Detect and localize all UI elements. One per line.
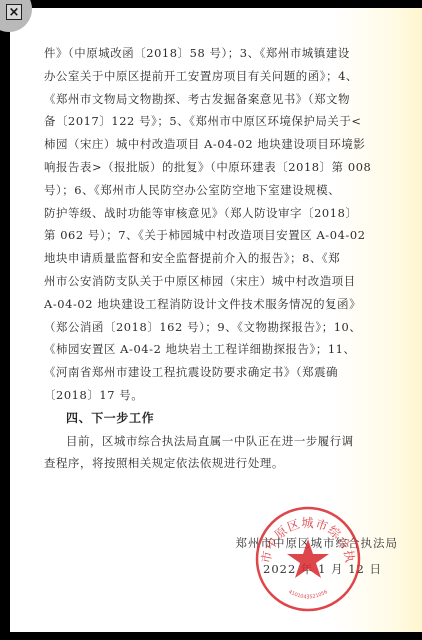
svg-text:4101043521056: 4101043521056 xyxy=(287,589,328,600)
close-icon: × xyxy=(9,5,20,20)
text-line: 防护等级、战时功能等审核意见》（郑人防设审字〔2018〕 xyxy=(44,202,374,225)
text-line: 《河南省郑州市建设工程抗震设防要求确定书》（郑震确 xyxy=(44,361,374,384)
text-line: 备〔2017〕122 号》；5、《郑州市中原区环境保护局关于< xyxy=(44,110,374,133)
text-line: 响报告表>（报批版）的批复》（中原环建表〔2018〕第 008 xyxy=(44,156,374,179)
text-line: A-04-02 地块建设工程消防设计文件技术服务情况的复函》 xyxy=(44,293,374,316)
text-line: （郑公消函〔2018〕162 号）；9、《文物勘探报告》；10、 xyxy=(44,316,374,339)
text-line: 〔2018〕17 号。 xyxy=(44,384,374,407)
close-button[interactable]: × xyxy=(6,4,22,20)
text-line: 查程序，将按照相关规定依法依规进行处理。 xyxy=(44,452,374,475)
text-line: 第 062 号）；7、《关于柿园城中村改造项目安置区 A-04-02 xyxy=(44,224,374,247)
text-line: 地块申请质量监督和安全监督提前介入的报告》；8、《郑 xyxy=(44,247,374,270)
official-seal-icon: 郑州市中原区城市综合执法局 4101043521056 xyxy=(254,505,362,613)
text-line: 件》（中原城改函〔2018〕58 号）；3、《郑州市城镇建设 xyxy=(44,42,374,65)
document-page: 件》（中原城改函〔2018〕58 号）；3、《郑州市城镇建设 办公室关于中原区提… xyxy=(10,8,422,632)
section-heading: 四、下一步工作 xyxy=(44,407,374,430)
text-line: 州市公安消防支队关于中原区柿园（宋庄）城中村改造项目 xyxy=(44,270,374,293)
document-body: 件》（中原城改函〔2018〕58 号）；3、《郑州市城镇建设 办公室关于中原区提… xyxy=(44,42,374,475)
text-line: 号）；6、《郑州市人民防空办公室防空地下室建设规模、 xyxy=(44,179,374,202)
text-line: 《柿园安置区 A-04-2 地块岩土工程详细勘探报告》；11、 xyxy=(44,338,374,361)
text-line: 办公室关于中原区提前开工安置房项目有关问题的函》；4、 xyxy=(44,65,374,88)
text-line: 《郑州市文物局文物勘探、考古发掘备案意见书》（郑文物 xyxy=(44,88,374,111)
text-line: 柿园（宋庄）城中村改造项目 A-04-02 地块建设项目环境影 xyxy=(44,133,374,156)
text-line: 目前，区城市综合执法局直属一中队正在进一步履行调 xyxy=(44,430,374,453)
